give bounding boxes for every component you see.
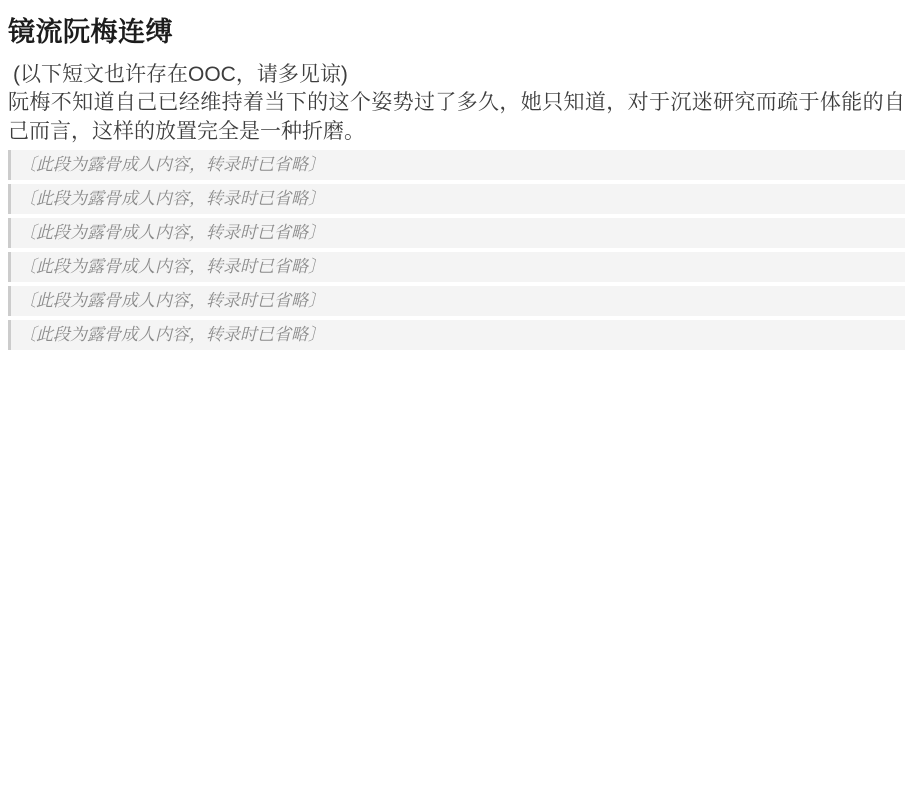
body-paragraph-redacted: 〔此段为露骨成人内容，转录时已省略〕: [8, 286, 905, 316]
body-paragraph-redacted: 〔此段为露骨成人内容，转录时已省略〕: [8, 218, 905, 248]
body-paragraph-redacted: 〔此段为露骨成人内容，转录时已省略〕: [8, 184, 905, 214]
page-title: 镜流阮梅连缚: [8, 10, 905, 49]
body-paragraph: 阮梅不知道自己已经维持着当下的这个姿势过了多久，她只知道，对于沉迷研究而疏于体能…: [8, 89, 905, 146]
body-paragraph-redacted: 〔此段为露骨成人内容，转录时已省略〕: [8, 150, 905, 180]
body-paragraph-redacted: 〔此段为露骨成人内容，转录时已省略〕: [8, 320, 905, 350]
author-note: (以下短文也许存在OOC，请多见谅): [8, 61, 905, 89]
document-body: 阮梅不知道自己已经维持着当下的这个姿势过了多久，她只知道，对于沉迷研究而疏于体能…: [8, 89, 905, 350]
document-page: 镜流阮梅连缚 (以下短文也许存在OOC，请多见谅) 阮梅不知道自己已经维持着当下…: [0, 0, 913, 803]
body-paragraph-redacted: 〔此段为露骨成人内容，转录时已省略〕: [8, 252, 905, 282]
